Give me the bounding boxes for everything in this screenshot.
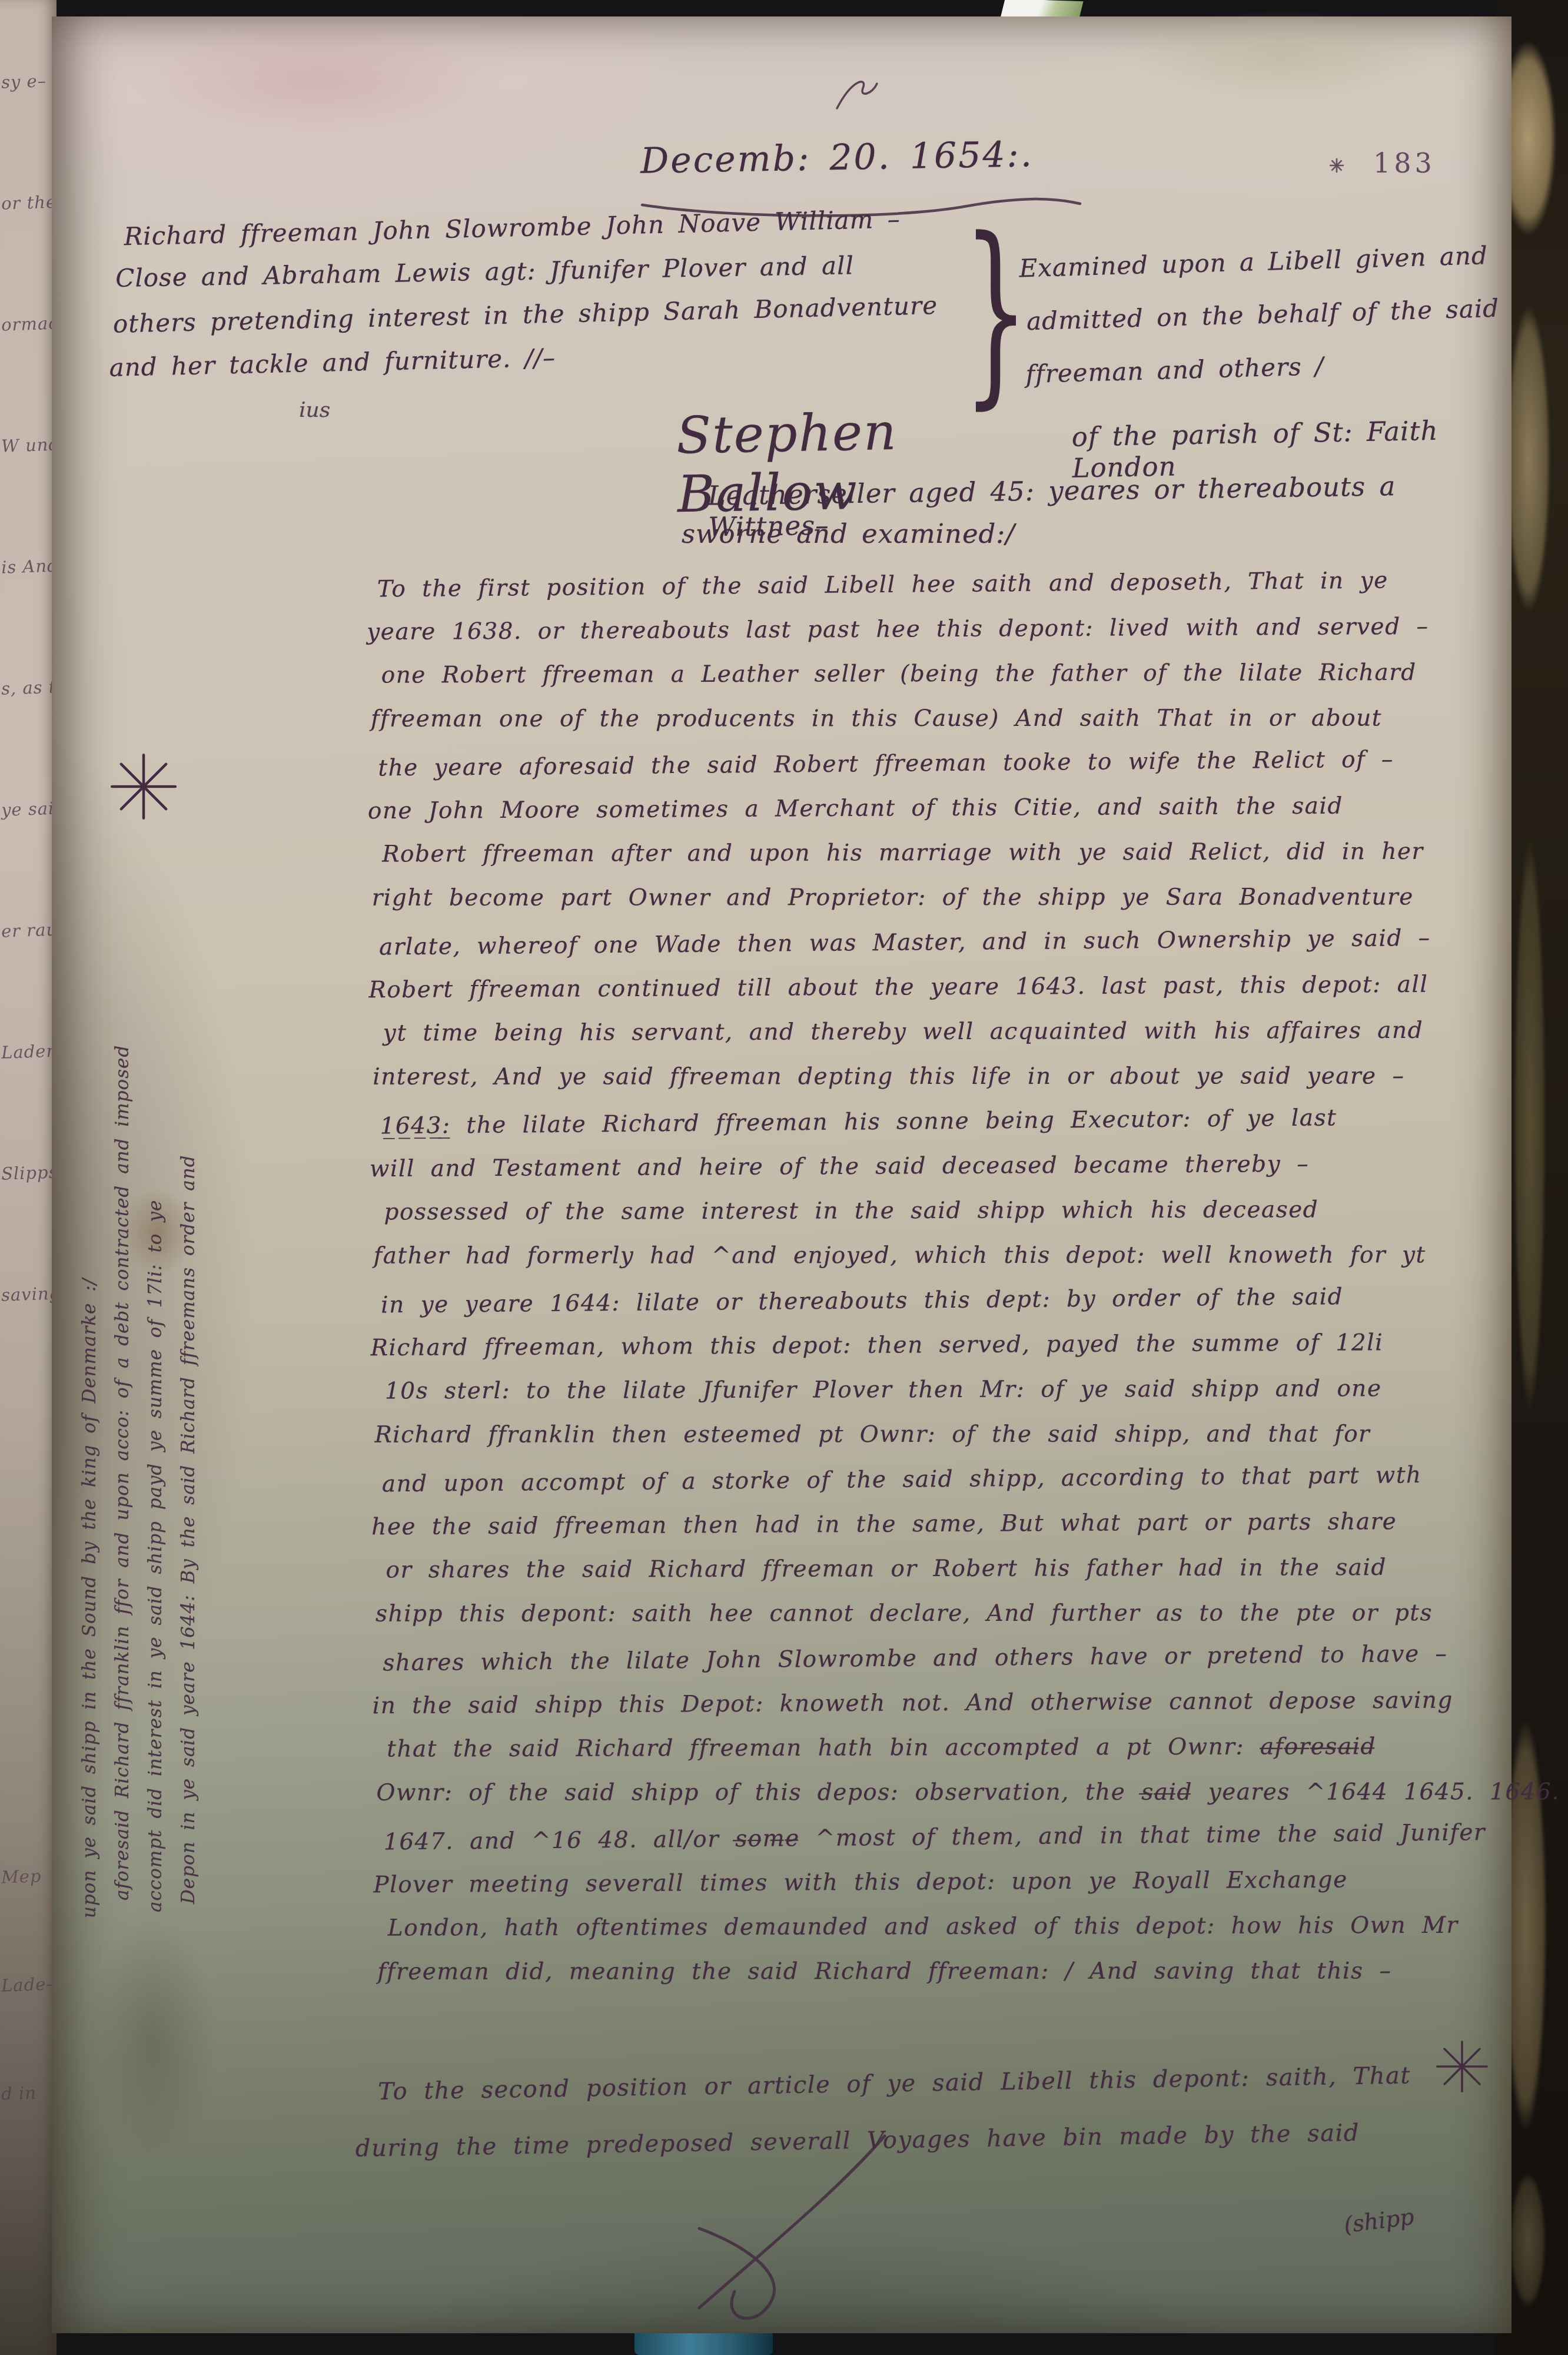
marginal-note-line: upon ye said shipp in the Sound by the k…: [73, 853, 106, 1918]
previous-page-edge: sy e–or thenormaconisW undis Ands, as th…: [0, 0, 57, 2355]
bleedthrough-text: Mep: [1, 1865, 55, 1887]
asterisk-icon: [111, 754, 177, 820]
date-heading: Decemb: 20. 1654:.: [640, 134, 1034, 182]
manuscript-line: right become part Owner and Proprietor: …: [372, 875, 1529, 921]
manuscript-line: the yeare aforesaid the said Robert ffre…: [378, 736, 1528, 791]
manuscript-line: possessed of the same interest in the sa…: [384, 1187, 1530, 1235]
paper-stain: [1135, 11, 1429, 105]
manuscript-line: London, hath oftentimes demaunded and as…: [388, 1903, 1534, 1951]
paper-stain: [134, 22, 499, 140]
manuscript-line: Ownr: of the said shipp of this depos: o…: [377, 1770, 1533, 1816]
bleedthrough-text: d in: [1, 2082, 55, 2104]
bleedthrough-text: Lade–: [1, 1973, 55, 1995]
manuscript-line: ffreeman one of the producents in this C…: [371, 696, 1527, 742]
deponent-sworn-line: sworne and examined:/: [682, 518, 1015, 549]
manuscript-line: yeare 1638. or thereabouts last past hee…: [367, 604, 1527, 655]
manuscript-page: Decemb: 20. 1654:. 183 Richard ffreeman …: [52, 16, 1511, 2333]
case-caption-parties: Richard ffreeman John Slowrombe John Noa…: [106, 197, 939, 390]
manuscript-line: Robert ffreeman after and upon his marri…: [382, 829, 1528, 877]
deposition-answer-1: To the first position of the said Libell…: [370, 559, 1534, 1997]
catchword: (shipp: [1343, 2204, 1416, 2238]
manuscript-line: To the first position of the said Libell…: [377, 557, 1527, 612]
manuscript-line: or shares the said Richard ffreeman or R…: [386, 1545, 1532, 1593]
manuscript-line: father had formerly had ^and enjoyed, wh…: [374, 1233, 1530, 1279]
manuscript-line: 10s sterl: to the lilate Jfunifer Plover…: [385, 1366, 1531, 1414]
marginal-note-line: Depon in ye said yeare 1644: By the said…: [172, 853, 205, 1904]
asterisk-icon: [1329, 158, 1344, 173]
manuscript-line: ffreeman did, meaning the said Richard f…: [377, 1949, 1534, 1995]
manuscript-line: one Robert ffreeman a Leather seller (be…: [381, 650, 1527, 698]
photograph-stage: sy e–or thenormaconisW undis Ands, as th…: [0, 0, 1568, 2355]
manuscript-line: Robert ffreeman continued till about the…: [368, 962, 1529, 1013]
manuscript-line: Plover meeting severall times with this …: [373, 1857, 1533, 1908]
manuscript-line: arlate, whereof one Wade then was Master…: [379, 915, 1529, 970]
manuscript-line: 1647. and ^16 48. all/or s̶o̶m̶e̶ ^most …: [384, 1810, 1534, 1865]
manuscript-line: shipp this depont: saith hee cannot decl…: [376, 1591, 1532, 1637]
marginal-note-line: accompt did interest in ye said shipp pa…: [139, 853, 172, 1912]
manuscript-line: hee the said ffreeman then had in the sa…: [371, 1499, 1532, 1550]
marginal-note-vertical: Depon in ye said yeare 1644: By the said…: [73, 853, 205, 1918]
manuscript-line: will and Testament and heire of the said…: [370, 1141, 1530, 1192]
manuscript-line: interest, And ye said ffreeman depting t…: [373, 1054, 1529, 1100]
pen-flourish-icon: [652, 2131, 899, 2326]
paper-stain: [87, 1918, 217, 2165]
manuscript-line: Richard ffreeman, whom this depot: then …: [370, 1320, 1530, 1371]
manuscript-line: Richard ffranklin then esteemed pt Ownr:…: [374, 1412, 1531, 1458]
page-edge-highlight: [1510, 2172, 1546, 2308]
examination-note: Examined upon a Libell given andadmitted…: [1022, 229, 1501, 401]
manuscript-line: 1̲6̲4̲3̲:̲ the lilate Richard ffreeman h…: [380, 1094, 1530, 1149]
marginal-note-line: aforesaid Richard ffranklin ffor and upo…: [106, 853, 139, 1900]
manuscript-line: and upon accompt of a storke of the said…: [381, 1452, 1532, 1507]
manuscript-line: one John Moore sometimes a Merchant of t…: [368, 783, 1528, 834]
folio-number: 183: [1373, 147, 1436, 179]
manuscript-line: in the said shipp this Depot: knoweth no…: [373, 1678, 1533, 1729]
margin-mark-ius: ius: [299, 398, 330, 422]
manuscript-line: yt time being his servant, and thereby w…: [383, 1008, 1529, 1056]
abbreviation-flourish-icon: [829, 73, 882, 114]
manuscript-line: in ye yeare 1644: lilate or thereabouts …: [381, 1273, 1531, 1328]
deposition-answer-2: To the second position or article of ye …: [354, 2045, 1524, 2177]
bleedthrough-fragments-bottom: MepLade–d in: [1, 1866, 55, 2191]
curly-brace: }: [963, 210, 1029, 414]
manuscript-line: shares which the lilate John Slowrombe a…: [383, 1631, 1533, 1686]
manuscript-line: that the said Richard ffreeman hath bin …: [387, 1724, 1533, 1772]
